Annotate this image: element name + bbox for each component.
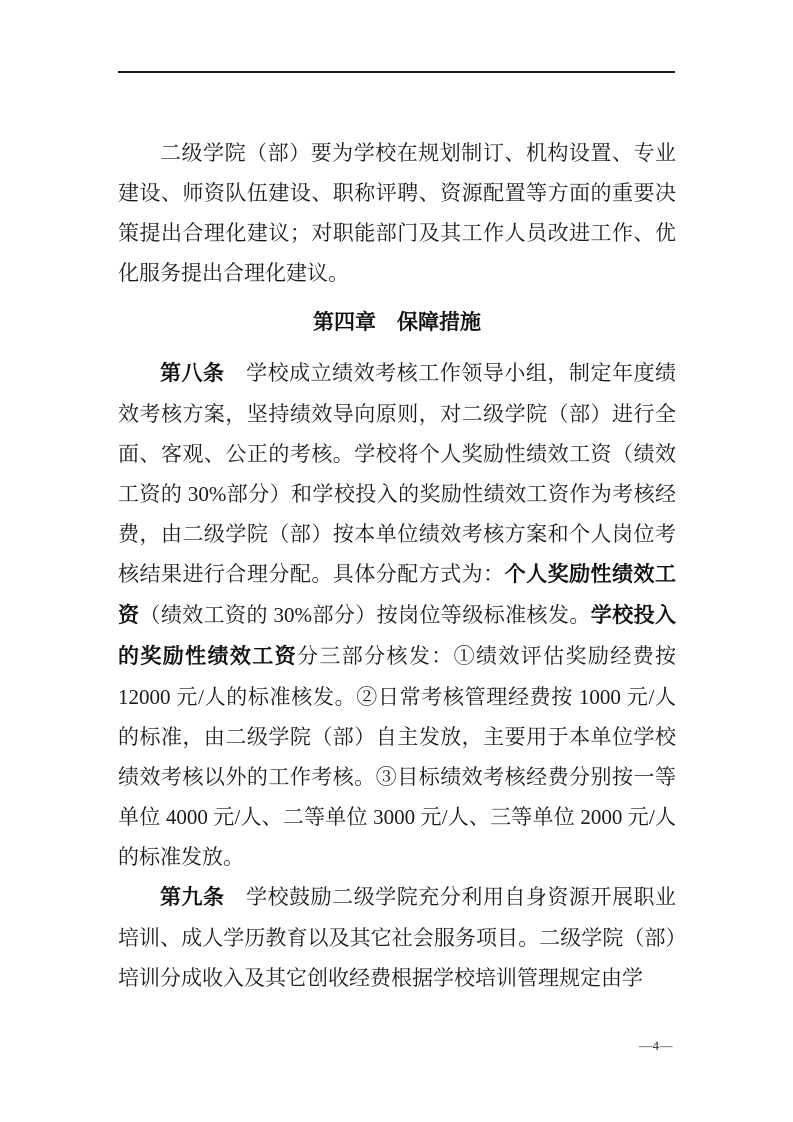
- text-segment: 学校成立绩效考核工作领导小组，制定年度绩效考核方案，坚持绩效导向原则，对二级学院…: [118, 361, 676, 586]
- text-segment: 分三部分核发：①绩效评估奖励经费按 12000 元/人的标准核发。②日常考核管理…: [118, 644, 676, 869]
- document-content: 二级学院（部）要为学校在规划制订、机构设置、专业建设、师资队伍建设、职称评聘、资…: [118, 133, 676, 998]
- text-segment-bold: 第八条: [160, 362, 225, 385]
- header-rule: [118, 71, 675, 73]
- chapter-heading: 第四章 保障措施: [118, 303, 676, 343]
- text-segment: 二级学院（部）要为学校在规划制订、机构设置、专业建设、师资队伍建设、职称评聘、资…: [118, 141, 676, 285]
- page-number: —4—: [639, 1038, 673, 1054]
- text-segment: （绩效工资的 30%部分）按岗位等级标准核发。: [139, 603, 590, 627]
- paragraph-article-9: 第九条 学校鼓励二级学院充分利用自身资源开展职业培训、成人学历教育以及其它社会服…: [118, 877, 676, 998]
- paragraph-article-8: 第八条 学校成立绩效考核工作领导小组，制定年度绩效考核方案，坚持绩效导向原则，对…: [118, 353, 676, 877]
- paragraph-intro: 二级学院（部）要为学校在规划制订、机构设置、专业建设、师资队伍建设、职称评聘、资…: [118, 133, 676, 293]
- text-segment-bold: 第九条: [160, 886, 225, 909]
- document-page: 二级学院（部）要为学校在规划制订、机构设置、专业建设、师资队伍建设、职称评聘、资…: [0, 0, 793, 1122]
